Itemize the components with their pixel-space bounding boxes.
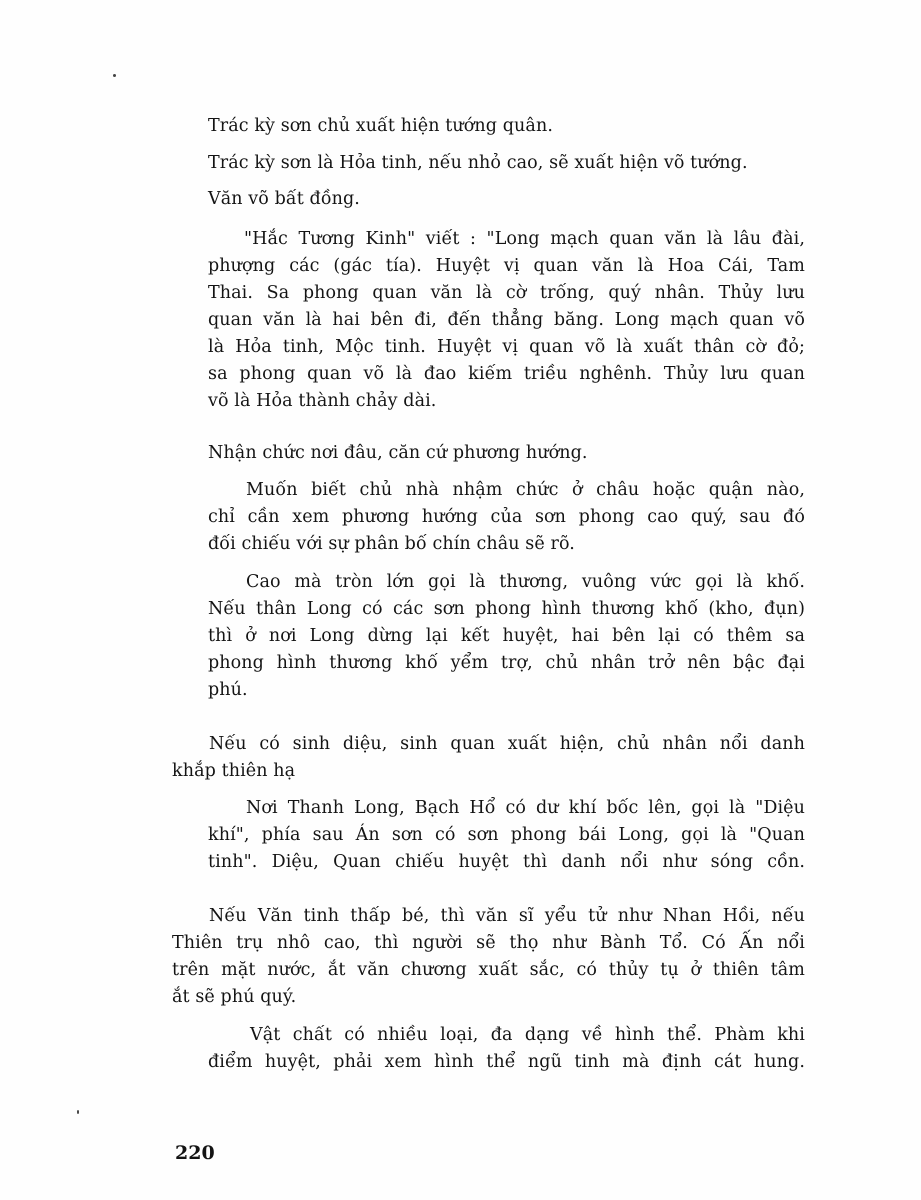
paragraph-line: Vật chất có nhiều loại, đa dạng về hình … — [250, 1024, 805, 1046]
paragraph-line: phượng các (gác tía). Huyệt vị quan văn … — [208, 255, 805, 277]
quote-line: tinh". Diệu, Quan chiếu huyệt thì danh n… — [208, 851, 805, 873]
paragraph-line: phong hình thương khố yểm trợ, chủ nhân … — [208, 652, 805, 674]
heading-line: Nếu Văn tinh thấp bé, thì văn sĩ yểu tử … — [209, 905, 805, 927]
quote-line: Nơi Thanh Long, Bạch Hổ có dư khí bốc lê… — [246, 797, 805, 819]
paragraph-line: võ là Hỏa thành chảy dài. — [208, 390, 436, 412]
heading-line: Nhận chức nơi đâu, căn cứ phương hướng. — [208, 442, 588, 464]
heading-line: Nếu có sinh diệu, sinh quan xuất hiện, c… — [209, 733, 805, 755]
quote-line: khí", phía sau Án sơn có sơn phong bái L… — [208, 824, 805, 846]
paragraph-line: là Hỏa tinh, Mộc tinh. Huyệt vị quan võ … — [208, 336, 805, 358]
paragraph-line: Muốn biết chủ nhà nhậm chức ở châu hoặc … — [246, 479, 805, 501]
paragraph-line: chỉ cần xem phương hướng của sơn phong c… — [208, 506, 805, 528]
paragraph-line: Cao mà tròn lớn gọi là thương, vuông vức… — [246, 571, 805, 593]
document-page: Trác kỳ sơn chủ xuất hiện tướng quân. Tr… — [0, 0, 921, 1200]
heading-line: Văn võ bất đồng. — [208, 188, 360, 210]
scan-speck — [77, 1110, 79, 1114]
paragraph-line: Thai. Sa phong quan văn là cờ trống, quý… — [208, 282, 805, 304]
heading-line: Trác kỳ sơn chủ xuất hiện tướng quân. — [208, 115, 553, 137]
paragraph-line: đối chiếu với sự phân bố chín châu sẽ rõ… — [208, 533, 575, 555]
paragraph-line: điểm huyệt, phải xem hình thể ngũ tinh m… — [208, 1051, 805, 1073]
paragraph-line: "Hắc Tương Kinh" viết : "Long mạch quan … — [244, 228, 805, 250]
heading-line: khắp thiên hạ — [172, 760, 295, 782]
paragraph-line: quan văn là hai bên đi, đến thẳng băng. … — [208, 309, 805, 331]
paragraph-line: phú. — [208, 679, 248, 701]
paragraph-line: thì ở nơi Long dừng lại kết huyệt, hai b… — [208, 625, 805, 647]
heading-line: trên mặt nước, ắt văn chương xuất sắc, c… — [172, 959, 805, 981]
paragraph-line: sa phong quan võ là đao kiếm triều nghên… — [208, 363, 805, 385]
page-number: 220 — [175, 1142, 215, 1164]
scan-speck — [113, 74, 116, 77]
heading-line: ắt sẽ phú quý. — [172, 986, 296, 1008]
heading-line: Thiên trụ nhô cao, thì người sẽ thọ như … — [172, 932, 805, 954]
paragraph-line: Nếu thân Long có các sơn phong hình thươ… — [208, 598, 805, 620]
heading-line: Trác kỳ sơn là Hỏa tinh, nếu nhỏ cao, sẽ… — [208, 152, 748, 174]
